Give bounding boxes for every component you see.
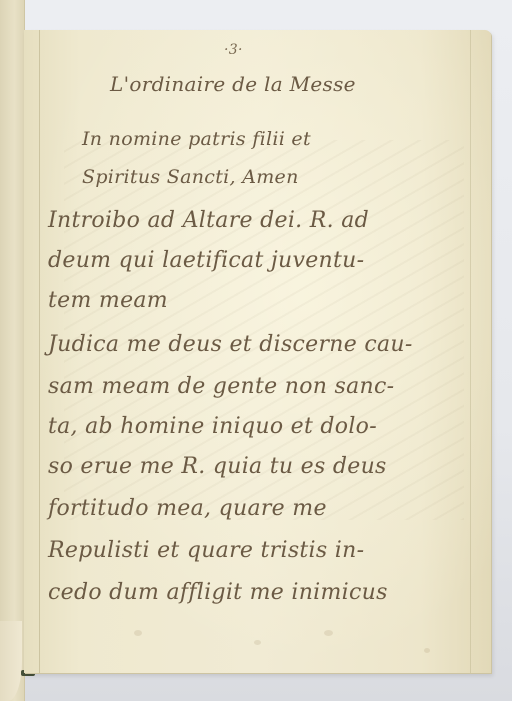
foxing-spot [424,648,430,653]
text-line: Introibo ad Altare dei. R. ad [48,208,369,233]
text-line: In nomine patris filii et [82,128,311,150]
right-margin-line [470,30,471,673]
text-line: tem meam [48,288,168,313]
text-line: cedo dum affligit me inimicus [48,580,388,605]
foxing-spot [324,630,333,636]
text-line: Spiritus Sancti, Amen [82,166,299,188]
page-number: ·3· [224,42,243,58]
foxing-spot [254,640,261,645]
text-line: ta, ab homine iniquo et dolo- [48,414,377,439]
page-heading: L'ordinaire de la Messe [110,72,356,96]
manuscript-page: ·3· L'ordinaire de la Messe In nomine pa… [24,30,491,673]
foxing-spot [134,630,142,636]
text-line: sam meam de gente non sanc- [48,374,394,399]
leaf-curl [0,621,22,701]
gutter-line [39,30,40,673]
photo-background: ·3· L'ordinaire de la Messe In nomine pa… [0,0,512,701]
text-line: fortitudo mea, quare me [48,496,327,521]
text-line: Judica me deus et discerne cau- [48,332,413,357]
previous-leaf-edge [0,0,25,701]
text-line: deum qui laetificat juventu- [48,248,364,273]
text-line: Repulisti et quare tristis in- [48,538,364,563]
text-line: so erue me R. quia tu es deus [48,454,387,479]
